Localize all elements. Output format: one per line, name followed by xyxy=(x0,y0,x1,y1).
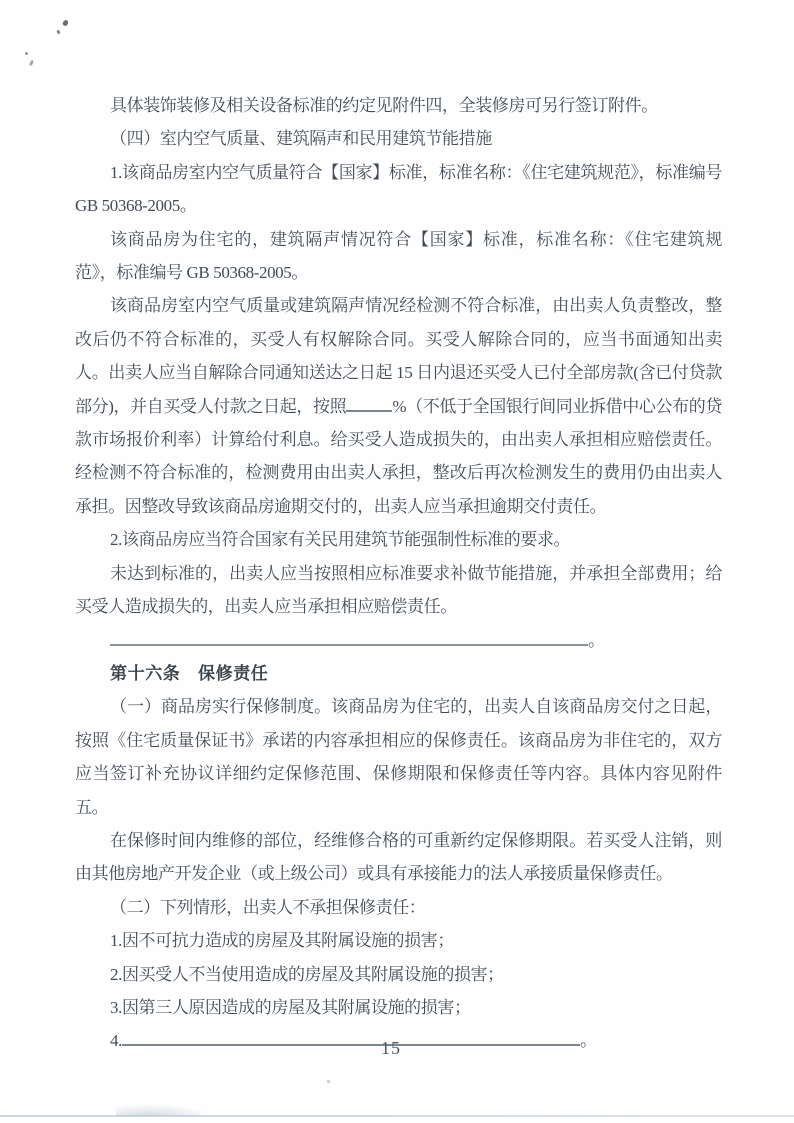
para-warranty-system: （一）商品房实行保修制度。该商品房为住宅的，出卖人自该商品房交付之日起，按照《住… xyxy=(75,690,722,824)
blank-fill-line: 。 xyxy=(75,624,722,657)
para-warranty-exclusions-intro: （二）下列情形，出卖人不承担保修责任： xyxy=(75,891,722,924)
ink-speck xyxy=(29,60,34,67)
para-air-quality-standard: 1.该商品房室内空气质量符合【国家】标准，标准名称：《住宅建筑规范》，标准编号 … xyxy=(75,156,722,223)
para-section-four-title: （四）室内空气质量、建筑隔声和民用建筑节能措施 xyxy=(75,122,722,155)
scan-edge-shadow xyxy=(0,1115,794,1117)
ink-speck xyxy=(62,19,70,27)
para-noncompliance-remedy: 该商品房室内空气质量或建筑隔声情况经检测不符合标准，由出卖人负责整改，整改后仍不… xyxy=(75,289,722,523)
ink-speck xyxy=(327,1080,330,1083)
page-number: 15 xyxy=(0,1038,782,1059)
list-item-third-party: 3.因第三人原因造成的房屋及其附属设施的损害； xyxy=(75,991,722,1024)
para-energy-saving-remedy: 未达到标准的，出卖人应当按照相应标准要求补做节能措施，并承担全部费用；给买受人造… xyxy=(75,557,722,624)
para-energy-saving-standard: 2.该商品房应当符合国家有关民用建筑节能强制性标准的要求。 xyxy=(75,523,722,556)
ink-speck xyxy=(56,30,60,35)
blank-fill-field xyxy=(110,631,588,646)
heading-article-sixteen: 第十六条 保修责任 xyxy=(75,657,722,690)
document-body: 具体装饰装修及相关设备标准的约定见附件四，全装修房可另行签订附件。（四）室内空气… xyxy=(75,89,722,1058)
para-decoration-attachment: 具体装饰装修及相关设备标准的约定见附件四，全装修房可另行签订附件。 xyxy=(75,89,722,122)
scanned-contract-page: 具体装饰装修及相关设备标准的约定见附件四，全装修房可另行签订附件。（四）室内空气… xyxy=(0,0,794,1123)
blank-fill-field xyxy=(346,397,392,412)
list-item-improper-use: 2.因买受人不当使用造成的房屋及其附属设施的损害； xyxy=(75,958,722,991)
ink-speck xyxy=(25,52,28,55)
para-warranty-renewal: 在保修时间内维修的部位，经维修合格的可重新约定保修期限。若买受人注销，则由其他房… xyxy=(75,824,722,891)
list-item-force-majeure: 1.因不可抗力造成的房屋及其附属设施的损害； xyxy=(75,924,722,957)
paragraph-text: 。 xyxy=(588,631,605,650)
para-sound-insulation-standard: 该商品房为住宅的，建筑隔声情况符合【国家】标准，标准名称：《住宅建筑规范》，标准… xyxy=(75,223,722,290)
